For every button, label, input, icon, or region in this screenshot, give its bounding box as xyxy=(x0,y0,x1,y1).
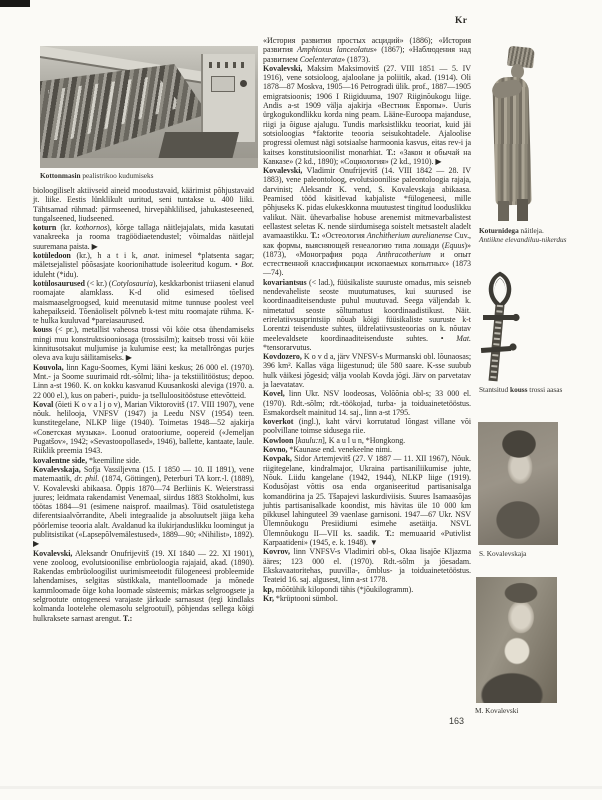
text-run: dr. phil. xyxy=(74,474,99,483)
text-run: Kr, xyxy=(263,594,274,603)
text-run: Mat. xyxy=(456,334,471,343)
text-run: kotülosaurused xyxy=(33,279,85,288)
text-run: Kovel, xyxy=(263,389,285,398)
text-run: Kovalevski, xyxy=(263,64,302,73)
text-run: Koturnidega xyxy=(479,226,519,235)
machine-photo-panel xyxy=(203,54,255,142)
text-run: trossi aasas xyxy=(527,385,562,394)
entry-paragraph: koverkot (ingl.), kaht värvi korrutatud … xyxy=(263,417,471,436)
entry-paragraph: Kowloon [kaulu:n], K a u l u n, *Hongkon… xyxy=(263,436,471,445)
text-run: (< pr.), metallist vaheosa trossi või kö… xyxy=(33,325,254,362)
entry-paragraph: Kovalevski, Vladimir Onufrijevitš (14. V… xyxy=(263,166,471,278)
entry-paragraph: Koval (õieti K o v a l j o v), Marian Vi… xyxy=(33,400,254,456)
entry-paragraph: kotülosaurused (< kr.) (Cotylosauria), k… xyxy=(33,279,254,325)
entry-paragraph: kovalentne side, *keemiline side. xyxy=(33,456,254,465)
text-run: Anchitherium aurelianense xyxy=(367,231,453,240)
entry-paragraph: «История развития простых асцидий» (1886… xyxy=(263,36,471,64)
text-run: T.: xyxy=(385,529,394,538)
text-run: Kovalevski, xyxy=(263,166,302,175)
machine-photo-floor xyxy=(40,158,258,168)
text-run: kaulu:n xyxy=(298,436,322,445)
text-run: kotüledoon xyxy=(33,251,71,260)
entry-paragraph: Kovalevski, Maksim Maksimovitš (27. VIII… xyxy=(263,64,471,166)
text-run: *keemiline side. xyxy=(87,456,141,465)
text-run: Koval xyxy=(33,400,53,409)
text-run: M. Kovalevski xyxy=(475,706,518,715)
machine-photo-panel-dots xyxy=(209,62,249,68)
text-run: T.: xyxy=(123,614,132,623)
text-run: kp, xyxy=(263,585,274,594)
statuette-figure xyxy=(484,47,542,223)
statuette-caption: Koturnidega näitleja. Antiikne elevandil… xyxy=(479,227,567,244)
text-run: Anthracotherium xyxy=(377,250,431,259)
text-run: koverkot xyxy=(263,417,293,426)
text-run: ], K a u l u n, *Hongkong. xyxy=(322,436,405,445)
text-run: linn Kagu-Soomes, Kymi lääni keskus; 26 … xyxy=(33,363,254,400)
page-number: 163 xyxy=(449,716,464,726)
text-run: kovariantsus xyxy=(263,278,307,287)
text-run: mõõtühik kilopondi tähis (*jõukilogramm)… xyxy=(274,585,413,594)
text-run: bioloogiliselt aktiivseid aineid moodust… xyxy=(33,186,254,223)
running-head: Kr xyxy=(455,16,467,26)
text-run: kothornos xyxy=(76,223,108,232)
scan-bottom-line xyxy=(0,786,602,789)
text-run: Kovrov, xyxy=(263,547,290,556)
scan-corner-mark xyxy=(0,0,30,7)
thimble-caption: Stantsitud kouss trossi aasas xyxy=(479,386,563,395)
text-run: T.: xyxy=(386,148,395,157)
portrait-s-kovalevskaja xyxy=(478,422,558,545)
text-run: (kr.), h a t i k, xyxy=(71,251,144,260)
entry-paragraph: Kovdozero, K o v d a, järv VNFSV-s Murma… xyxy=(263,352,471,389)
text-run: kouss xyxy=(33,325,52,334)
text-run: *tensorarvutus. xyxy=(263,343,312,352)
text-run: Kovdozero, xyxy=(263,352,302,361)
text-run: kouss xyxy=(510,385,527,394)
portrait-s-kovalevskaja-caption: S. Kovalevskaja xyxy=(479,550,563,559)
machine-photo xyxy=(40,46,258,168)
text-run: (< lad.), füüsikaliste suuruste omadus, … xyxy=(263,278,471,343)
statuette-leg xyxy=(498,201,509,221)
entry-paragraph: koturn (kr. kothornos), kõrge tallaga nä… xyxy=(33,223,254,251)
machine-photo-caption: Kottonmasin pealistrikoo kudumiseks xyxy=(40,172,258,181)
text-run: pealistrikoo kudumiseks xyxy=(81,171,154,180)
text-run: Kovno, xyxy=(263,445,287,454)
entry-paragraph: kovariantsus (< lad.), füüsikaliste suur… xyxy=(263,278,471,352)
text-run: (1874, Göttingen), Peterburi TA korr.-l.… xyxy=(33,474,254,548)
text-run: *Kaunase end. venekeelne nimi. xyxy=(287,445,392,454)
text-run: «Остеология xyxy=(320,231,367,240)
text-run: Coelenterata xyxy=(300,55,341,64)
text-run: Vladimir Onufrijevitš (14. VIII 1842 — 2… xyxy=(263,166,471,240)
text-run: S. Kovalevskaja xyxy=(479,549,526,558)
text-run: kovalentne side, xyxy=(33,456,87,465)
text-run: näitleja. xyxy=(519,226,544,235)
text-run: Bot. xyxy=(241,260,254,269)
text-run: Kowloon xyxy=(263,436,293,445)
entry-paragraph: Kovalevski, Aleksandr Onufrijevitš (19. … xyxy=(33,549,254,623)
text-run: linn Ukr. NSV loodeosas, Volõõnia obl-s;… xyxy=(263,389,471,417)
text-run: *krüptooni sümbol. xyxy=(274,594,338,603)
text-run: Kovpak, xyxy=(263,454,292,463)
text-run: Cotylosauria xyxy=(112,279,153,288)
text-run: Amphioxus lanceolatus xyxy=(297,45,373,54)
entry-paragraph: Kovalevskaja, Sofja Vassiljevna (15. I 1… xyxy=(33,465,254,549)
text-run: Maksim Maksimovitš (27. VIII 1851 — 5. I… xyxy=(263,64,471,157)
text-run: (õieti K o v a l j o v), Marian Viktorov… xyxy=(33,400,254,455)
thimble-figure xyxy=(479,271,521,383)
entry-paragraph: kouss (< pr.), metallist vaheosa trossi … xyxy=(33,325,254,362)
entry-paragraph: Kovno, *Kaunase end. venekeelne nimi. xyxy=(263,445,471,454)
text-run: Aleksandr Onufrijevitš (19. XI 1840 — 22… xyxy=(33,549,254,623)
text-run: (< kr.) ( xyxy=(85,279,112,288)
entry-paragraph: Kovrov, linn VNFSV-s Vladimiri obl-s, Ok… xyxy=(263,547,471,584)
right-column: «История развития простых асцидий» (1886… xyxy=(263,36,471,603)
text-run: T.: xyxy=(310,231,319,240)
text-run: Kouvola, xyxy=(33,363,64,372)
statuette-leg xyxy=(517,199,528,221)
text-run: Kovalevskaja, xyxy=(33,465,81,474)
entry-paragraph: Kouvola, linn Kagu-Soomes, Kymi lääni ke… xyxy=(33,363,254,400)
entry-paragraph: kotüledoon (kr.), h a t i k, anat. inime… xyxy=(33,251,254,279)
machine-photo-panel-box xyxy=(211,76,235,92)
entry-paragraph: bioloogiliselt aktiivseid aineid moodust… xyxy=(33,186,254,223)
text-run: Equus xyxy=(445,241,465,250)
text-run: Kovalevski, xyxy=(33,549,72,558)
text-run: Antiikne elevandiluu-nikerdus xyxy=(479,235,566,244)
text-run: anat. xyxy=(143,251,159,260)
text-run: (ingl.), kaht värvi korrutatud lõngast v… xyxy=(263,417,471,435)
entry-paragraph: Kr, *krüptooni sümbol. xyxy=(263,594,471,603)
text-run: » (1873). xyxy=(341,55,370,64)
entry-paragraph: kp, mõõtühik kilopondi tähis (*jõukilogr… xyxy=(263,585,471,594)
encyclopedia-page: Kr Kottonmasin pealistrikoo kudumiseks b… xyxy=(0,0,602,800)
text-run: Stantsitud xyxy=(479,385,510,394)
left-column: bioloogiliselt aktiivseid aineid moodust… xyxy=(33,186,254,623)
text-run: koturn xyxy=(33,223,56,232)
entry-paragraph: Kovel, linn Ukr. NSV loodeosas, Volõõnia… xyxy=(263,389,471,417)
text-run: linn VNFSV-s Vladimiri obl-s, Okaa lisaj… xyxy=(263,547,471,584)
portrait-m-kovalevski xyxy=(476,577,557,703)
machine-photo-panel-knob xyxy=(240,80,247,87)
entry-paragraph: Kovpak, Sidor Artemjevitš (27. V 1887 — … xyxy=(263,454,471,547)
text-run: (kr. xyxy=(56,223,75,232)
text-run: Kottonmasin xyxy=(40,171,81,180)
text-run: iduleht (*idu). xyxy=(33,270,78,279)
portrait-m-kovalevski-caption: M. Kovalevski xyxy=(475,707,559,716)
text-run: Sidor Artemjevitš (27. V 1887 — 11. XII … xyxy=(263,454,471,537)
